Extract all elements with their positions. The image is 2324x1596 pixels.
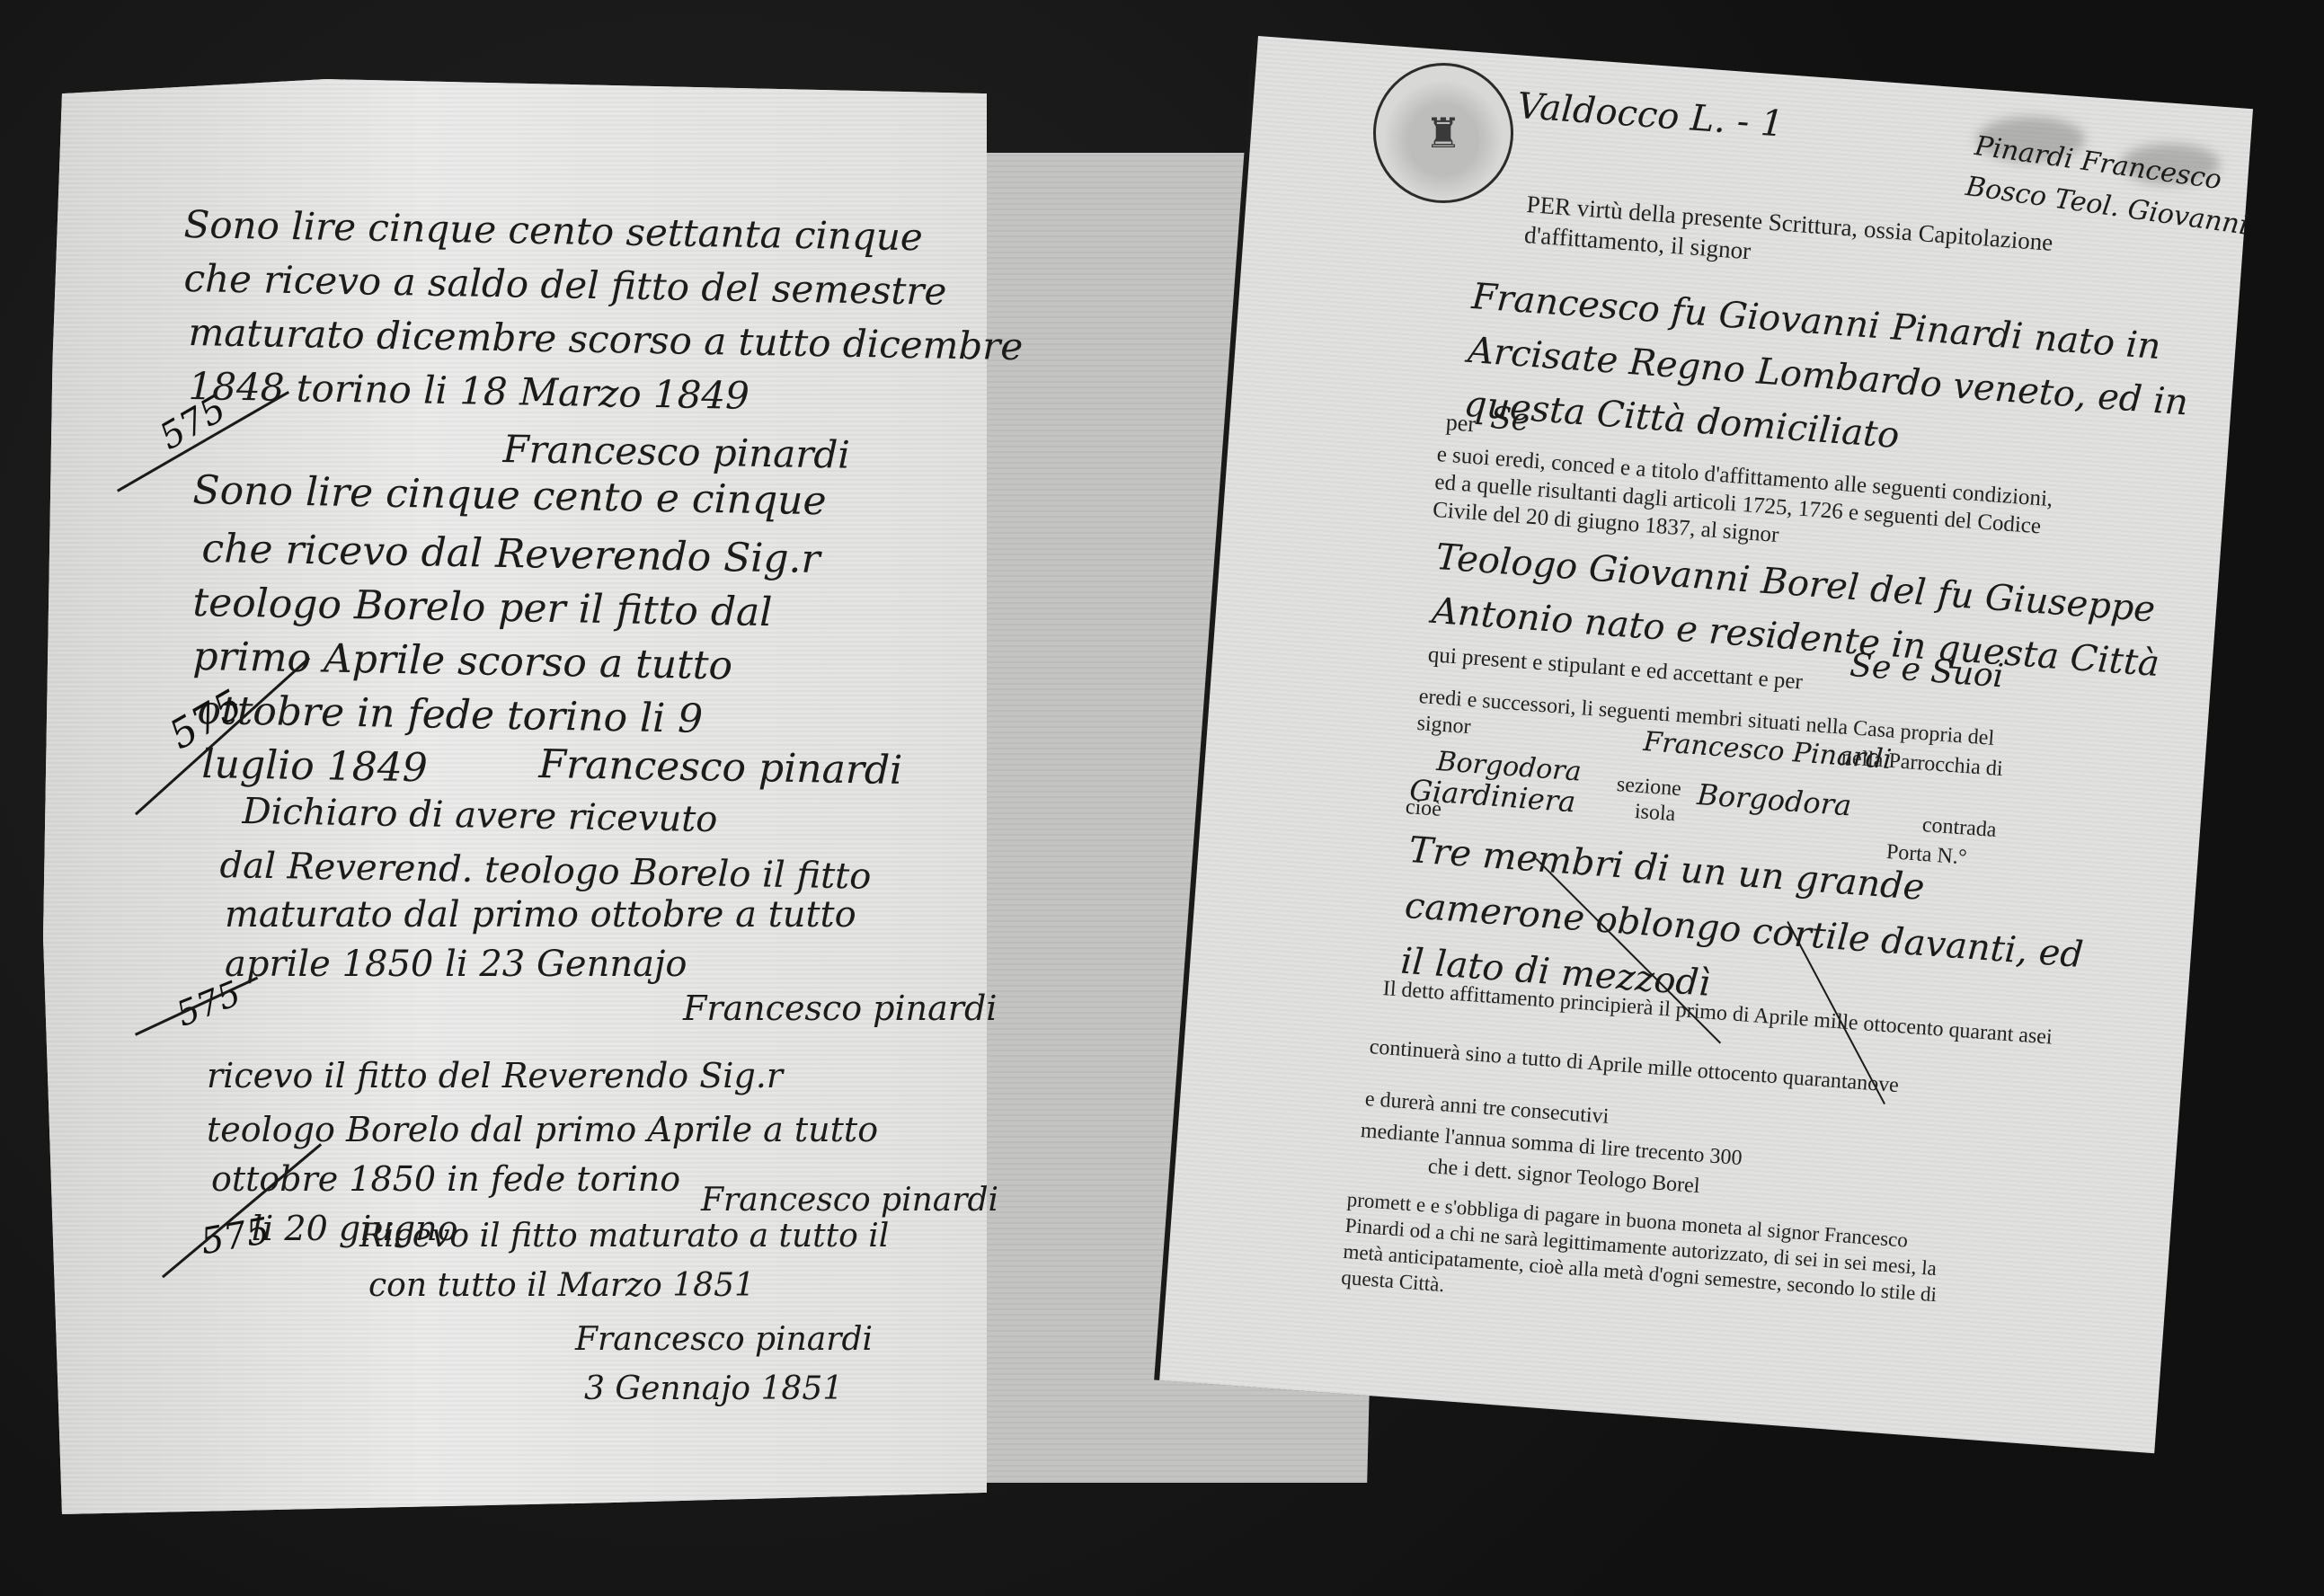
signature: Francesco pinardi [683,989,997,1028]
receipt-line: Ricevo il fitto maturato a tutto il [359,1218,889,1255]
signature: Francesco pinardi [701,1182,998,1219]
hand-se: Se [1489,400,1530,439]
print-per: per [1445,409,1477,438]
receipt-line: Dichiaro di avere ricevuto [242,791,718,840]
receipt-line: ricevo il fitto del Reverendo Sig.r [207,1056,783,1095]
print-sezione: sezione [1616,773,1682,802]
receipt-line: con tutto il Marzo 1851 [368,1267,755,1304]
receipt-line: luglio 1849 [201,741,428,791]
coat-of-arms-icon: ♜ [1424,109,1461,157]
signature: Francesco pinardi [502,427,850,477]
signature: Francesco pinardi [538,741,902,794]
receipt-line: teologo Borelo dal primo Aprile a tutto [207,1110,878,1149]
receipt-date: 3 Gennajo 1851 [584,1370,843,1407]
receipt-line: ottobre in fede torino li 9 [197,687,704,742]
revenue-stamp: ♜ [1373,63,1513,203]
signature: Francesco pinardi [575,1321,873,1358]
receipt-line: maturato dal primo ottobre a tutto [225,894,856,935]
receipt-line: primo Aprile scorso a tutto [192,634,732,688]
print-cioe: cioè [1405,795,1442,822]
receipt-line: aprile 1850 li 23 Gennajo [225,944,687,985]
print-isola: isola [1634,800,1676,827]
